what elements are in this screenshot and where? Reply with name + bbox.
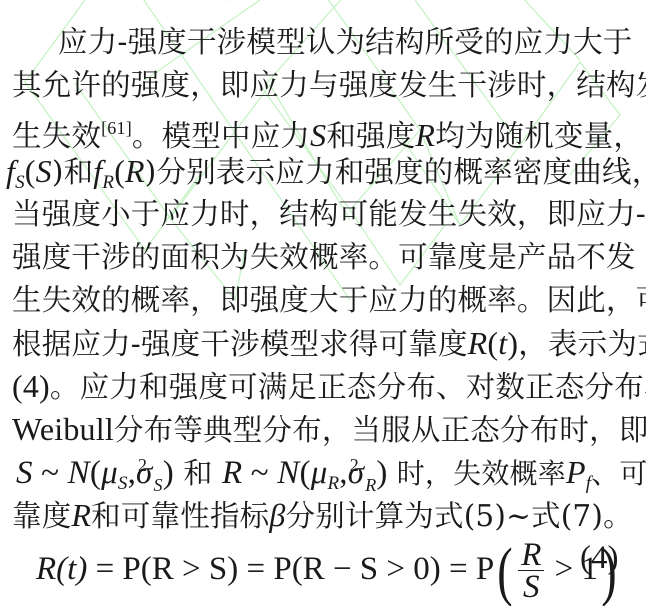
- sigma-squared: σ2S: [136, 453, 163, 497]
- math-var: R: [415, 117, 435, 153]
- math-paren: ): [163, 455, 174, 491]
- math-subscript: S: [154, 475, 163, 495]
- paragraph-line-6: 强度干涉的面积为失效概率。可靠度是产品不发: [12, 237, 634, 277]
- math-subscript: R: [327, 473, 339, 494]
- text-run: 生失效的概率，即强度大于应力的概率。因此，可: [12, 283, 646, 317]
- math-subscript: R: [102, 172, 114, 193]
- inline-math-strength-dist: R ~ N(μR,σ2R): [222, 455, 388, 491]
- math-subscript: R: [365, 475, 376, 495]
- math-superscript: 2: [350, 445, 359, 485]
- paragraph-line-10: Weibull分布等典型分布，当服从正态分布时，即: [12, 409, 634, 449]
- paragraph-line-1: 应力-强度干涉模型认为结构所受的应力大于: [58, 22, 634, 62]
- text-run: 、可: [591, 457, 646, 490]
- math-paren: ): [376, 455, 387, 491]
- text-run: 应力-强度干涉模型认为结构所受的应力大于: [58, 25, 632, 59]
- text-run: ，表示为式: [518, 327, 646, 361]
- paragraph-line-9: (4)。应力和强度可满足正态分布、对数正态分布、: [12, 366, 634, 406]
- text-run: 其允许的强度，即应力与强度发生干涉时，结构发: [12, 68, 646, 102]
- math-var: μ: [101, 455, 118, 491]
- math-var: μ: [311, 455, 328, 491]
- text-run: Weibull: [12, 411, 114, 447]
- math-var: N: [277, 455, 299, 491]
- math-var: f: [93, 153, 102, 189]
- math-subscript: S: [15, 172, 25, 193]
- text-run: 根据应力-强度干涉模型求得可靠度: [12, 327, 468, 361]
- paragraph-line-3: 生失效[61]。模型中应力S和强度R均为随机变量，: [12, 108, 634, 148]
- left-paren: (: [498, 542, 513, 602]
- text-run: 强度干涉的面积为失效概率。可靠度是产品不发: [12, 240, 636, 274]
- equation-lhs: R(t): [36, 551, 87, 587]
- fraction-numerator: R: [518, 540, 544, 571]
- equation-chain: = P(R > S) = P(R − S > 0) = P: [87, 551, 494, 587]
- math-paren: (: [487, 325, 498, 361]
- math-subscript: S: [118, 473, 128, 494]
- paragraph-line-7: 生失效的概率，即强度大于应力的概率。因此，可: [12, 280, 634, 320]
- math-superscript: 2: [138, 445, 147, 485]
- paragraph-line-5: 当强度小于应力时，结构可能发生失效，即应力-: [12, 194, 634, 234]
- equation-number: (4): [580, 540, 618, 577]
- paragraph-line-11: S ~ N(μS,σ2S) 和 R ~ N(μR,σ2R) 时，失效概率Pf、可: [16, 452, 638, 492]
- math-paren: (: [90, 455, 101, 491]
- math-var: N: [68, 455, 90, 491]
- math-var: R: [468, 325, 488, 361]
- math-var: S: [36, 153, 52, 189]
- math-op: ~: [242, 455, 277, 491]
- math-paren: (: [25, 153, 36, 189]
- math-paren: (: [300, 455, 311, 491]
- equation-body: R(t) = P(R > S) = P(R − S > 0) = P(RS > …: [36, 540, 620, 603]
- text-run: 时，失效概率: [388, 457, 566, 490]
- inline-math-stress-dist: S ~ N(μS,σ2S): [16, 455, 174, 491]
- math-op: ,: [339, 455, 347, 491]
- paragraph-line-2: 其允许的强度，即应力与强度发生干涉时，结构发: [12, 65, 634, 105]
- math-var: t: [498, 325, 507, 361]
- display-equation-4: R(t) = P(R > S) = P(R − S > 0) = P(RS > …: [36, 520, 636, 600]
- text-run: )分别表示应力和强度的概率密度曲线，: [145, 155, 646, 189]
- citation-link[interactable]: [61]: [101, 118, 132, 138]
- fraction-denominator: S: [518, 571, 544, 603]
- math-paren: (: [114, 153, 125, 189]
- text-run: )和: [52, 155, 93, 189]
- text-run: 均为随机变量，: [435, 119, 643, 153]
- text-run: 当强度小于应力时，结构可能发生失效，即应力-: [12, 197, 646, 231]
- text-run: 。应力和强度可满足正态分布、对数正态分布、: [50, 370, 646, 404]
- math-var: f: [6, 153, 15, 189]
- math-var: R: [125, 153, 145, 189]
- math-paren: ): [507, 325, 518, 361]
- text-run: 和强度: [326, 119, 415, 153]
- text-run: 和: [174, 456, 222, 490]
- paragraph-line-4: fS(S)和fR(R)分别表示应力和强度的概率密度曲线，: [6, 151, 628, 191]
- math-op: ~: [33, 455, 68, 491]
- sigma-squared: σ2R: [348, 453, 377, 497]
- math-var: P: [566, 454, 586, 490]
- fraction-r-over-s: RS: [518, 540, 544, 603]
- text-run: 生失效: [12, 119, 101, 153]
- math-var: R: [222, 455, 242, 491]
- math-op: ,: [128, 455, 136, 491]
- equation-ref-link[interactable]: (4): [12, 368, 50, 404]
- math-var: S: [16, 455, 33, 491]
- text-run: 分布等典型分布，当服从正态分布时，即: [114, 413, 646, 447]
- paragraph-line-8: 根据应力-强度干涉模型求得可靠度R(t)，表示为式: [12, 323, 634, 363]
- text-run: 。模型中应力: [132, 119, 310, 153]
- math-var: S: [310, 117, 326, 153]
